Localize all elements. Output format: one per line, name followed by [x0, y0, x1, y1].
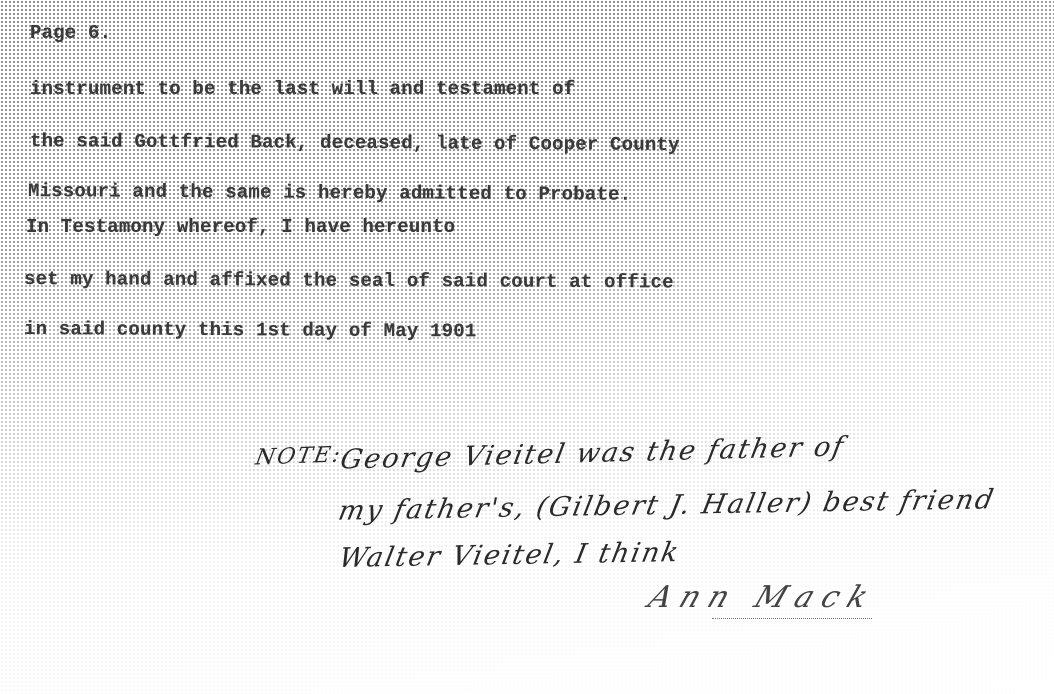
typed-line-3: Missouri and the same is hereby admitted…: [28, 180, 631, 206]
note-line-1: George Vieitel was the father of: [338, 431, 848, 475]
note-line-2: my father's, (Gilbert J. Haller) best fr…: [336, 484, 998, 526]
halftone-background: [0, 0, 1054, 694]
signature: Ann Mack: [644, 580, 882, 615]
note-label: NOTE:: [253, 443, 343, 471]
typed-line-6: in said county this 1st day of May 1901: [24, 318, 477, 342]
signature-underline: [712, 618, 872, 619]
note-line-3: Walter Vieitel, I think: [336, 537, 682, 574]
typed-line-2: the said Gottfried Back, deceased, late …: [30, 130, 680, 156]
typed-line-4: In Testamony whereof, I have hereunto: [26, 216, 455, 238]
typed-line-1: instrument to be the last will and testa…: [30, 78, 575, 100]
typed-line-5: set my hand and affixed the seal of said…: [24, 268, 674, 293]
page-number: Page 6.: [30, 22, 111, 44]
document-page: Page 6. instrument to be the last will a…: [0, 0, 1054, 694]
halftone-fade: [0, 0, 1054, 694]
